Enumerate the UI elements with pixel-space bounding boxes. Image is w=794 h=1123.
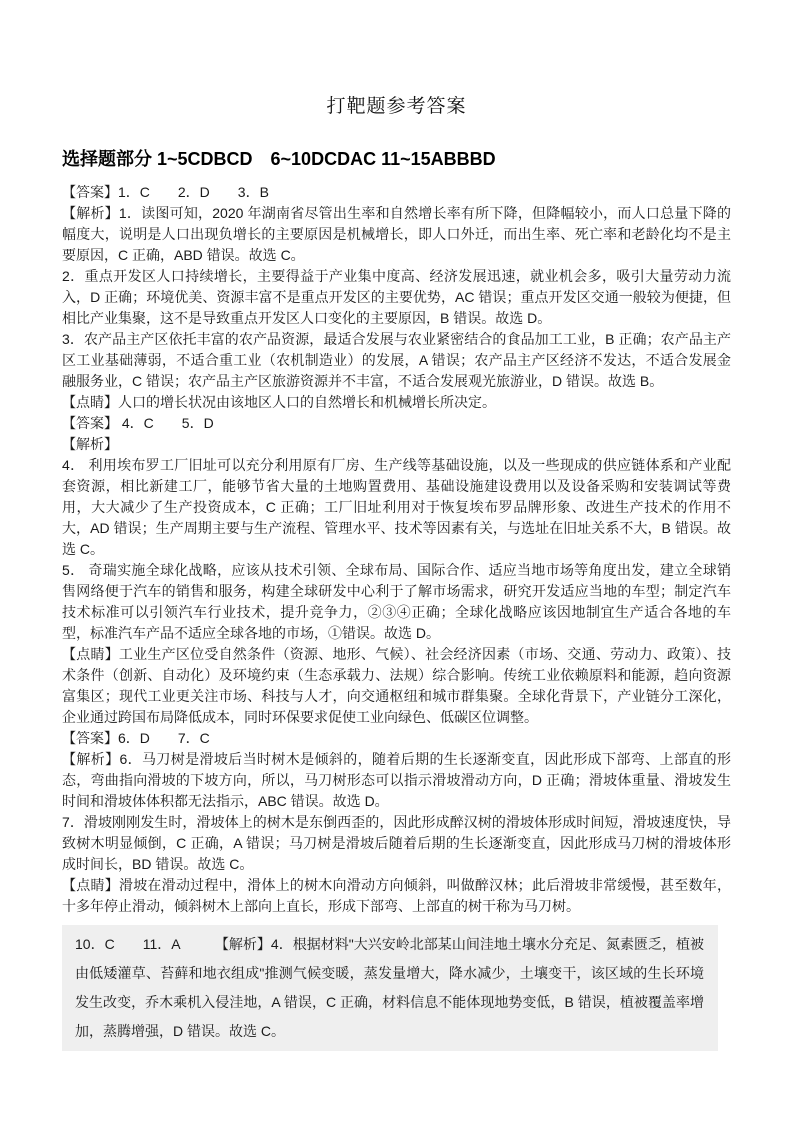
answer-line-q6-7: 【答案】6．D 7．C [62,728,731,749]
keynote-paragraph-q1-3: 【点睛】人口的增长状况由该地区人口的自然增长和机械增长所决定。 [62,392,731,413]
document-title: 打靶题参考答案 [62,94,731,120]
analysis-paragraph-q6: 【解析】6．马刀树是滑坡后当时树木是倾斜的，随着后期的生长逐渐变直，因此形成下部… [62,749,731,812]
analysis-paragraph-q2: 2．重点开发区人口持续增长，主要得益于产业集中度高、经济发展迅速，就业机会多，吸… [62,266,731,329]
answer-line-q1-3: 【答案】1．C 2．D 3．B [62,182,731,203]
analysis-paragraph-q1: 【解析】1．读图可知，2020 年湖南省尽管出生率和自然增长率有所下降，但降幅较… [62,203,731,266]
keynote-paragraph-q6-7: 【点睛】滑坡在滑动过程中，滑体上的树木向滑动方向倾斜，叫做醉汉林；此后滑坡非常缓… [62,875,731,917]
analysis-paragraph-q7: 7．滑坡刚刚发生时，滑坡体上的树木是东倒西歪的，因此形成醉汉树的滑坡体形成时间短… [62,812,731,875]
analysis-paragraph-q5: 5． 奇瑞实施全球化战略，应该从技术引领、全球布局、国际合作、适应当地市场等角度… [62,560,731,644]
analysis-label: 【解析】 [62,434,731,455]
document-body: 【答案】1．C 2．D 3．B 【解析】1．读图可知，2020 年湖南省尽管出生… [62,182,731,917]
analysis-paragraph-q4: 4． 利用埃布罗工厂旧址可以充分利用原有厂房、生产线等基础设施，以及一些现成的供… [62,455,731,560]
document-page: 打靶题参考答案 选择题部分 1~5CDBCD 6~10DCDAC 11~15AB… [0,0,794,1123]
highlighted-answer-block-q10-11: 10．C 11．A 【解析】4．根据材料"大兴安岭北部某山间洼地土壤水分充足、氮… [62,925,718,1051]
answer-line-q4-5: 【答案】 4．C 5．D [62,413,731,434]
analysis-paragraph-q3: 3．农产品主产区依托丰富的农产品资源，最适合发展与农业紧密结合的食品加工工业，B… [62,329,731,392]
answer-key-heading: 选择题部分 1~5CDBCD 6~10DCDAC 11~15ABBBD [62,147,731,171]
keynote-paragraph-q4-5: 【点睛】工业生产区位受自然条件（资源、地形、气候）、社会经济因素（市场、交通、劳… [62,644,731,728]
